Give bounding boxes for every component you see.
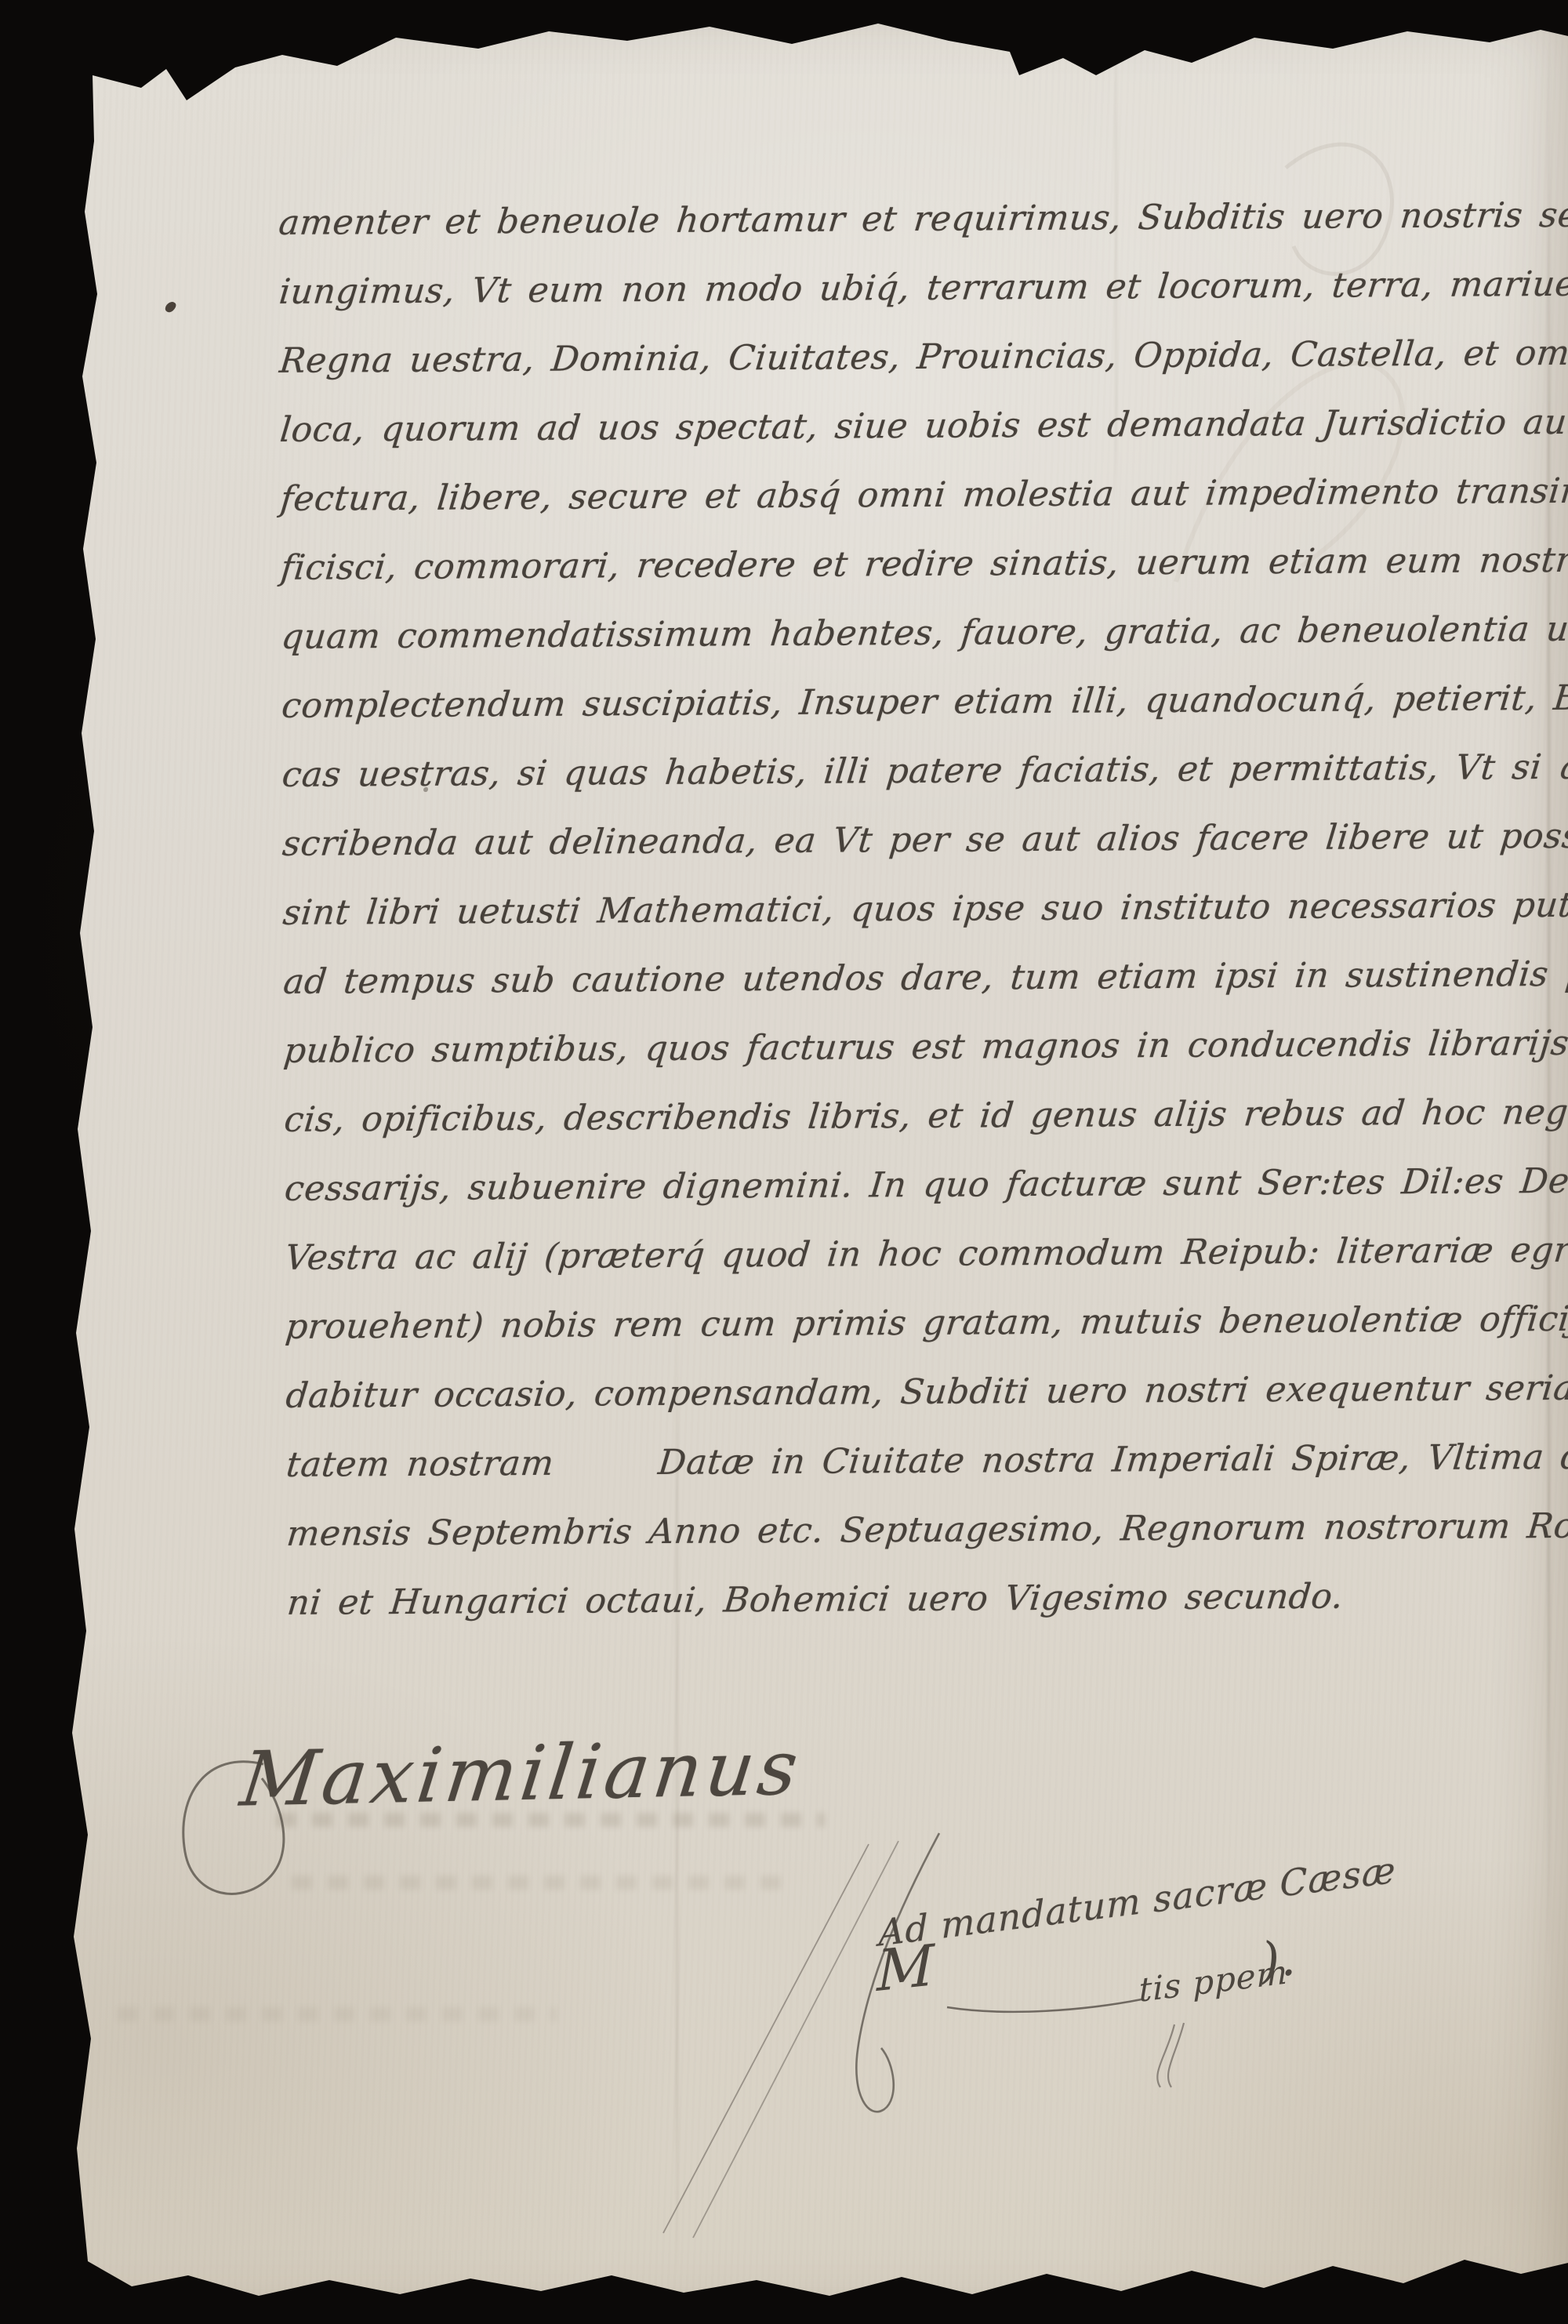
- manuscript-line: loca, quorum ad uos spectat, siue uobis …: [278, 400, 1499, 453]
- manuscript-line: cessarijs, subuenire dignemini. In quo f…: [282, 1159, 1504, 1212]
- manuscript-text-block: amenter et beneuole hortamur et requirim…: [0, 0, 1568, 2324]
- manuscript-line: ad tempus sub cautione utendos dare, tum…: [281, 952, 1503, 1005]
- countersignature-closing-bracket: ).: [1258, 1929, 1298, 1989]
- manuscript-line: cis, opificibus, describendis libris, et…: [282, 1090, 1504, 1143]
- paper-sheet: amenter et beneuole hortamur et requirim…: [0, 0, 1568, 2324]
- manuscript-line: mensis Septembris Anno etc. Septuagesimo…: [285, 1504, 1506, 1557]
- scanned-manuscript-photo: { "document": { "kind": "16th-century La…: [0, 0, 1568, 2324]
- manuscript-line: quam commendatissimum habentes, fauore, …: [279, 607, 1501, 660]
- manuscript-line: sint libri uetusti Mathematici, quos ips…: [281, 883, 1502, 936]
- manuscript-line: ficisci, commorari, recedere et redire s…: [279, 538, 1501, 591]
- signature-maximilianus: Maximilianus: [236, 1723, 806, 1823]
- manuscript-line: dabitur occasio, compensandam, Subditi u…: [284, 1366, 1505, 1419]
- countersignature-initial: M: [877, 1932, 934, 2004]
- manuscript-line: Regna uestra, Dominia, Ciuitates, Prouin…: [278, 331, 1499, 384]
- manuscript-line: amenter et beneuole hortamur et requirim…: [277, 193, 1498, 246]
- manuscript-line: prouehent) nobis rem cum primis gratam, …: [283, 1297, 1504, 1350]
- manuscript-line: complectendum suscipiatis, Insuper etiam…: [280, 676, 1501, 729]
- manuscript-line: tatem nostram Datæ in Ciuitate nostra Im…: [285, 1435, 1506, 1488]
- manuscript-line: iungimus, Vt eum non modo ubiq́, terraru…: [277, 262, 1498, 315]
- manuscript-line: publico sumptibus, quos facturus est mag…: [281, 1021, 1503, 1074]
- manuscript-line: scribenda aut delineanda, ea Vt per se a…: [281, 814, 1502, 867]
- manuscript-line: cas uestras, si quas habetis, illi pater…: [280, 745, 1501, 798]
- manuscript-line: fectura, libere, secure et absq́ omni mo…: [278, 469, 1500, 522]
- manuscript-line: ni et Hungarici octaui, Bohemici uero Vi…: [285, 1574, 1346, 1626]
- manuscript-line: Vestra ac alij (præterq́ quod in hoc com…: [283, 1228, 1504, 1281]
